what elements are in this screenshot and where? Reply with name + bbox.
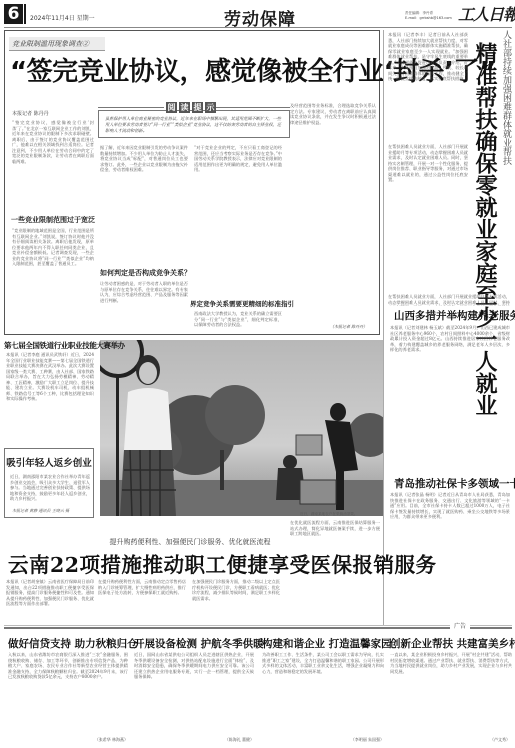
tips-char: 读 xyxy=(179,102,190,113)
right-feature-tail: 在帮扶困难人员就业方面，人社部门开展就业援助月等专项活动，动态掌握困难人员就业需… xyxy=(388,294,510,306)
qingdao-headline[interactable]: 青岛推动社保卡多领域一卡通用 xyxy=(394,476,510,491)
brief-headline[interactable]: 第七届全国铁道行业职业技能大赛举办 xyxy=(4,340,96,351)
youth-box-headline[interactable]: 吸引年轻人返乡创业 xyxy=(4,455,94,469)
page-number: 6 xyxy=(4,4,23,24)
yunnan-column-2: 在提升购药便利性方面，云南推动定点零售药店纳入门诊统筹管理，扩大慢性病用药供应，… xyxy=(98,579,186,617)
editor-email: E-mail：grrbshb@163.com xyxy=(405,16,452,21)
right-feature-kicker: 人社部持续加强困难群体就业帮扶 xyxy=(501,30,511,165)
ad-4-body: 一直以来，某企业积极投身乡村振兴，开展“村企共建”活动，帮助村民拓宽增收渠道。通… xyxy=(390,652,512,734)
yunnan-column-1: 本报讯（记者胡奎镇）云南省医疗保障局日前印发通知，出台22项措施推动职工便捷享受… xyxy=(6,579,94,617)
youth-box-sign: 本报记者 黄静 通讯员 王晓云 摄 xyxy=(12,508,69,514)
dateline: 2024年11月4日 星期一 xyxy=(30,13,95,22)
ad-2-headline[interactable]: 开展设备检测 护航冬季供暖 xyxy=(134,636,254,651)
tips-char: 阅 xyxy=(166,102,177,113)
ad-3-sign: （李明丽 朱国强） xyxy=(336,737,384,743)
lead-headline[interactable]: “签完竞业协议，感觉像被全行业‘封杀’了” xyxy=(10,55,375,89)
lead-column-2b: 让劳动者困惑的是，对于劳动者入职的单位是否与原单位存在竞争关系，往往难以界定。有… xyxy=(100,281,188,331)
tips-rule-right xyxy=(214,107,290,108)
page-number-bar xyxy=(24,4,26,24)
right-feature-body: 本报讯（记者李丰）记者日前从人社部获悉，人社部门持续加大就业帮扶力度，对零就业家… xyxy=(388,32,468,142)
ad-4-headline[interactable]: 创新企业帮扶 共建富美乡村 xyxy=(390,636,512,651)
column-divider xyxy=(383,30,384,625)
ad-4-sign: （卢文秀） xyxy=(462,737,510,743)
brief-body: 本报讯（记者李庭 通讯员武铁轩）近日，2024年全国行业职业技能竞赛——第七届全… xyxy=(6,352,94,442)
ad-1-headline[interactable]: 做好信贷支持 助力秋粮归仓 xyxy=(8,636,128,651)
ad-divider xyxy=(4,627,512,629)
shanxi-headline[interactable]: 山西多措并举构建养老服务体系 xyxy=(394,308,510,323)
masthead-divider xyxy=(4,27,512,28)
lead-column-3b: 西南政法大学教授认为，竞业关系的确立需要区分“同一行业”与“类似企业”，细化判定… xyxy=(194,311,282,331)
series-tag: 竞业限制滥用现象调查② xyxy=(9,37,105,51)
ad-1-sign: （张希华 林海燕） xyxy=(80,737,128,743)
shanxi-body: 本报讯（记者刘建林 杨玉斌）截至2024年9月，山西已建成城市社区养老服务中心9… xyxy=(390,325,510,473)
ad-2-sign: （陈海礼 董健） xyxy=(206,737,254,743)
ad-1-body: 入秋以来，山东省潍坊市农商银行深入推进“三农”金融服务，围绕秋粮收购、储存、加工… xyxy=(8,652,128,734)
ad-2-body: 近日，国网山东省某供电公司组织人员走进辖区供热企业，开展冬季供暖设备安全检测，对… xyxy=(134,652,254,734)
tips-rule-left xyxy=(98,107,164,108)
lead-byline: 本报记者 陈丹丹 xyxy=(12,110,49,117)
reading-tips-label: 阅 读 提 示 xyxy=(166,102,216,113)
lead-column-3: “对于竞业企业的判定，不应只看工商登记的经营范围，还应当考察实际业务是否存在竞争… xyxy=(194,145,282,295)
ad-divider-thin xyxy=(4,625,512,626)
tips-char: 提 xyxy=(192,102,203,113)
editor-info: 责任编辑：李丹青 E-mail：grrbshb@163.com xyxy=(405,11,452,20)
yunnan-headline[interactable]: 云南22项措施推动职工便捷享受医保报销服务 xyxy=(8,548,308,578)
tips-char: 示 xyxy=(205,102,216,113)
photo-image xyxy=(100,340,383,516)
lead-column-1b: “竞业限制的地域范围是全国，行业范围是所有互联网企业。”刘凯说，签订协议时他并没… xyxy=(12,228,94,332)
yunnan-deck: 提升购药便利性、加强便民门诊服务、优化就医流程 xyxy=(60,537,320,547)
ad-label: 广告 xyxy=(450,621,470,630)
ad-3-body: 为改善职工工作、生活条件，某公司工会以职工需求为导向，扎实推进“职工之家”建设，… xyxy=(262,652,384,734)
lead-subhead-3: 界定竞争关系需要更精细的标准指引 xyxy=(190,299,286,308)
paper-logo: 工人日報 xyxy=(458,2,515,25)
lead-subhead-1: 一些竞业限制范围过于宽泛 xyxy=(10,215,96,225)
ad-3-headline[interactable]: 构建和谐企业 打造温馨家园 xyxy=(262,636,384,651)
news-photo xyxy=(100,340,383,516)
youth-box-body: 近日，湖南邵阳市某农业合作社举办青年返乡创业交流会，吸引众多大学生、退役军人参与… xyxy=(10,474,90,504)
photo-caption: 近日，湖南某地农户在采摘油茶果。 xyxy=(300,512,358,517)
lead-column-1: “签完竞业协议，感觉像被全行业‘封杀’了。”在北京一家互联网企业工作的刘凯，近年… xyxy=(12,120,94,212)
reading-tips-box: 虽然保护用人单位商业秘密的竞业协议，近年来在职场中频繁出现，其适用范围不断扩大，… xyxy=(98,110,290,138)
yunnan-column-4: 在优化就医流程方面，云南推进医保结算服务一站式办理，简化异地就医备案手续，进一步… xyxy=(290,520,380,618)
lead-sign: （本报记者 陈丹丹） xyxy=(330,324,367,330)
lead-subhead-2: 如何判定是否构成竞争关系？ xyxy=(100,268,188,278)
lead-column-2: 据了解，近年来因竞业限制引发的劳动争议案件数量持续增加。不少用人单位为防止人才流… xyxy=(100,145,188,260)
right-feature-body-2: 在帮扶困难人员就业方面，人社部门开展就业援助月等专项活动，动态掌握困难人员就业需… xyxy=(388,144,468,294)
yunnan-column-3: 在加强便民门诊服务方面，推动二级以上定点医疗机构开设便民门诊，方便职工看病就医；… xyxy=(192,579,280,617)
lead-column-4: 及经营范围等业务标准，合理选取竞争关系认定方法。专家建议，劳动者在离职前应认真阅… xyxy=(290,103,376,323)
reading-tips-text: 虽然保护用人单位商业秘密的竞业协议，近年来在职场中频繁出现，其适用范围不断扩大，… xyxy=(105,116,283,134)
